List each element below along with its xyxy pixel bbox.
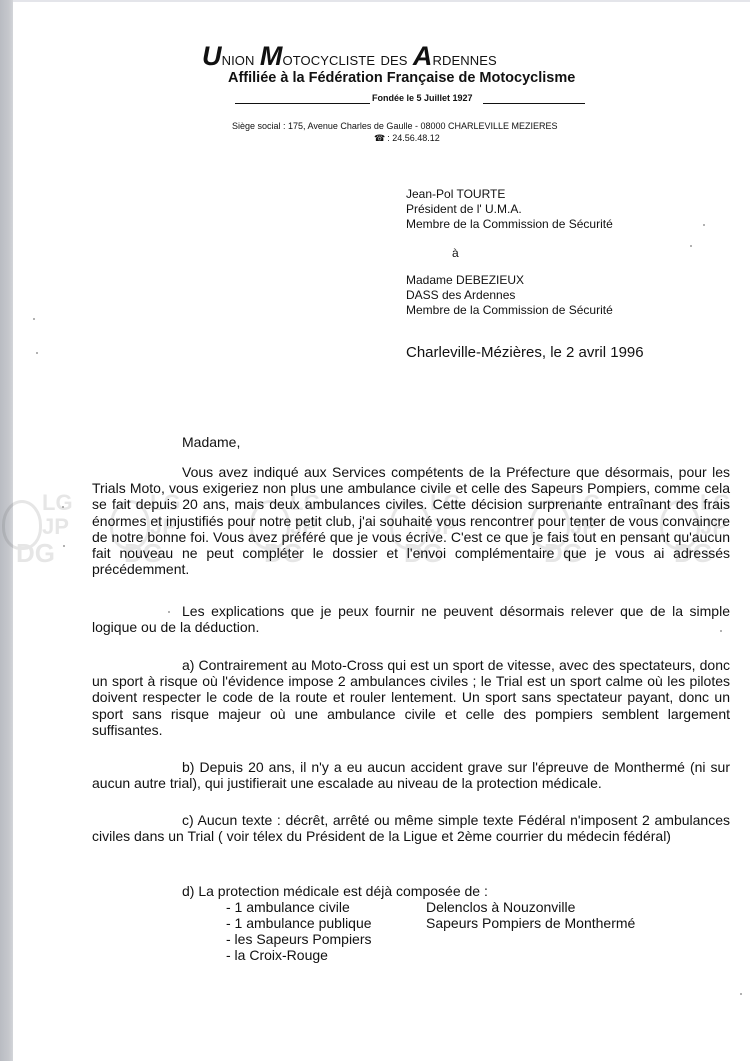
scan-speck (36, 352, 38, 354)
list-item: - 1 ambulance publique Sapeurs Pompiers … (226, 915, 372, 931)
list-item: - la Croix-Rouge (226, 947, 372, 963)
place-and-date: Charleville-Mézières, le 2 avril 1996 (406, 344, 644, 361)
paragraph-point-b: b) Depuis 20 ans, il n'y a eu aucun acci… (92, 759, 730, 791)
paragraph-intro: Vous avez indiqué aux Services compétent… (92, 464, 730, 577)
affiliation-line: Affiliée à la Fédération Française de Mo… (228, 70, 575, 86)
recipient-role: Membre de la Commission de Sécurité (406, 303, 613, 318)
scan-speck (168, 611, 170, 613)
paragraph-explanations: Les explications que je peux fournir ne … (92, 603, 730, 635)
phone-number: ☎: 24.56.48.12 (374, 133, 440, 144)
sender-title: Président de l' U.M.A. (406, 202, 613, 217)
scan-speck (62, 506, 64, 508)
organization-name: Union Motocycliste des Ardennes (202, 44, 622, 72)
recipient-organization: DASS des Ardennes (406, 288, 613, 303)
scan-speck (33, 318, 35, 320)
list-item: - 1 ambulance civile Delenclos à Nouzonv… (226, 899, 372, 915)
scan-speck (703, 224, 705, 226)
medical-protection-list: - 1 ambulance civile Delenclos à Nouzonv… (226, 899, 372, 963)
sender-name: Jean-Pol TOURTE (406, 187, 613, 202)
divider (483, 103, 585, 104)
scan-speck (63, 545, 65, 547)
telephone-icon: ☎ (374, 133, 385, 143)
paragraph-point-c: c) Aucun texte : décrêt, arrêté ou même … (92, 812, 730, 844)
scan-speck (690, 245, 692, 247)
addressed-to: à (452, 246, 459, 260)
divider (235, 103, 370, 104)
founded-line: Fondée le 5 Juillet 1927 (235, 92, 585, 106)
scanner-edge (0, 0, 13, 1061)
headquarters-address: Siège social : 175, Avenue Charles de Ga… (232, 121, 558, 131)
salutation: Madame, (182, 434, 240, 450)
recipient-block: Madame DEBEZIEUX DASS des Ardennes Membr… (406, 273, 613, 318)
sender-role: Membre de la Commission de Sécurité (406, 217, 613, 232)
point-d-title: d) La protection médicale est déjà compo… (182, 883, 488, 899)
sender-block: Jean-Pol TOURTE Président de l' U.M.A. M… (406, 187, 613, 232)
list-item: - les Sapeurs Pompiers (226, 931, 372, 947)
recipient-name: Madame DEBEZIEUX (406, 273, 613, 288)
paragraph-point-a: a) Contrairement au Moto-Cross qui est u… (92, 657, 730, 738)
scan-speck (740, 993, 742, 995)
scan-speck (720, 630, 722, 632)
